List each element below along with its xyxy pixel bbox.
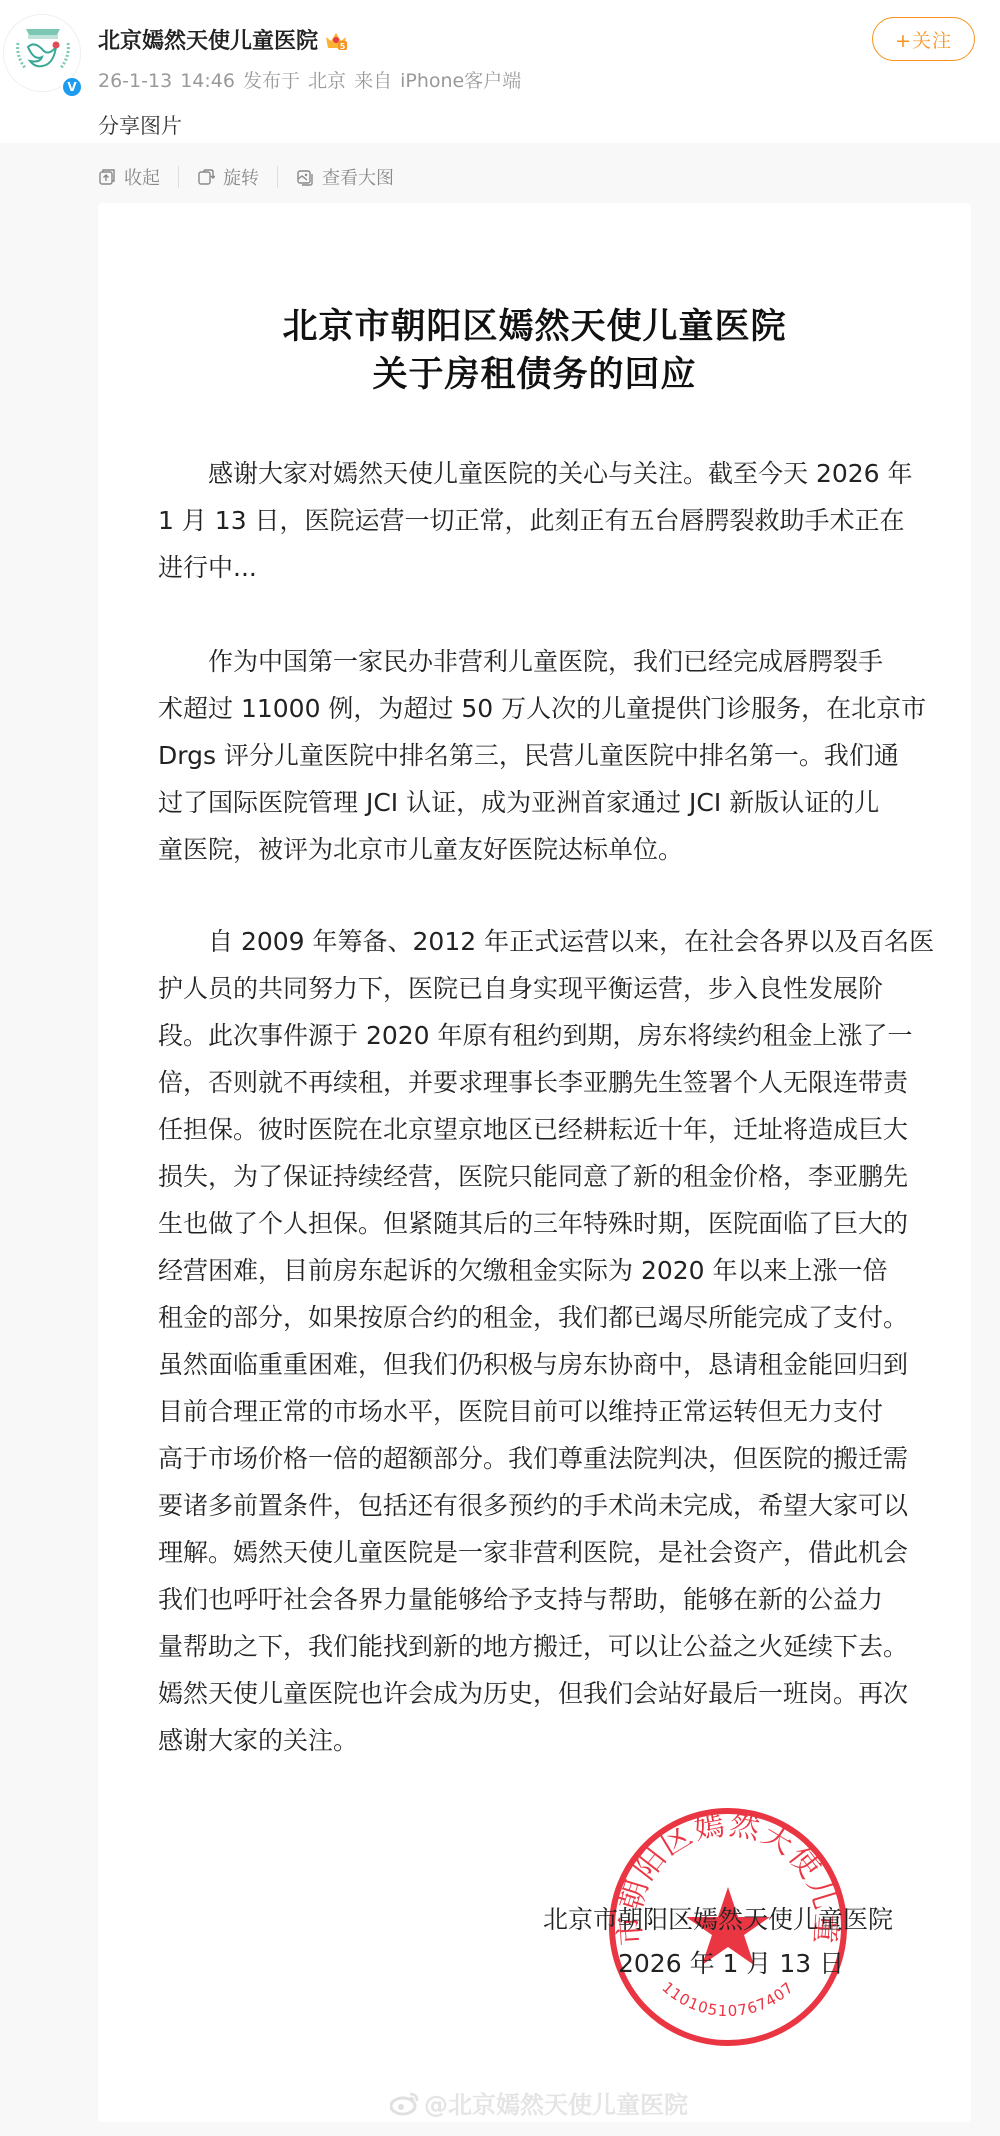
weibo-watermark: @北京嫣然天使儿童医院 (390, 2085, 688, 2120)
svg-text:5: 5 (340, 42, 346, 51)
title-line: 关于房租债务的回应 (98, 351, 971, 399)
rotate-label: 旋转 (223, 164, 259, 190)
text-line: 损失，为了保证持续经营，医院只能同意了新的租金价格，李亚鹏先 (158, 1153, 918, 1200)
text-line: 感谢大家的关注。 (158, 1717, 918, 1764)
text-line: 量帮助之下，我们能找到新的地方搬迁，可以让公益之火延续下去。 (158, 1623, 918, 1670)
text-line: 虽然面临重重困难，但我们仍积极与房东协商中，恳请租金能回归到 (158, 1341, 918, 1388)
text-line: 1 月 13 日，医院运营一切正常，此刻正有五台唇腭裂救助手术正在 (158, 497, 918, 544)
text-line: 术超过 11000 例，为超过 50 万人次的儿童提供门诊服务，在北京市 (158, 685, 918, 732)
shared-image[interactable]: 北京市朝阳区嫣然天使儿童医院 关于房租债务的回应 感谢大家对嫣然天使儿童医院的关… (98, 203, 971, 2122)
text-line: 生也做了个人担保。但紧随其后的三年特殊时期，医院面临了巨大的 (158, 1200, 918, 1247)
view-large-button[interactable]: 查看大图 (296, 164, 394, 190)
paragraph-2: 作为中国第一家民办非营利儿童医院，我们已经完成唇腭裂手 术超过 11000 例，… (158, 638, 918, 873)
text-line: 童医院，被评为北京市儿童友好医院达标单位。 (158, 826, 918, 873)
text-line: 要诸多前置条件，包括还有很多预约的手术尚未完成，希望大家可以 (158, 1482, 918, 1529)
text-line: 过了国际医院管理 JCI 认证，成为亚洲首家通过 JCI 新版认证的儿 (158, 779, 918, 826)
verified-badge-icon: V (61, 76, 83, 98)
text-line: Drgs 评分儿童医院中排名第三，民营儿童医院中排名第一。我们通 (158, 732, 918, 779)
watermark-text: @北京嫣然天使儿童医院 (424, 2085, 688, 2120)
text-line: 目前合理正常的市场水平，医院目前可以维持正常运转但无力支付 (158, 1388, 918, 1435)
text-line: 护人员的共同努力下，医院已自身实现平衡运营，步入良性发展阶 (158, 965, 918, 1012)
paragraph-3: 自 2009 年筹备、2012 年正式运营以来，在社会各界以及百名医 护人员的共… (158, 918, 918, 1764)
view-large-label: 查看大图 (322, 164, 394, 190)
text-line: 嫣然天使儿童医院也许会成为历史，但我们会站好最后一班岗。再次 (158, 1670, 918, 1717)
text-line: 自 2009 年筹备、2012 年正式运营以来，在社会各界以及百名医 (158, 918, 918, 965)
text-line: 段。此次事件源于 2020 年原有租约到期，房东将续约租金上涨了一 (158, 1012, 918, 1059)
image-toolbar: 收起 旋转 查看大图 (98, 162, 394, 192)
title-line: 北京市朝阳区嫣然天使儿童医院 (98, 303, 971, 351)
document-title: 北京市朝阳区嫣然天使儿童医院 关于房租债务的回应 (98, 303, 971, 399)
follow-button[interactable]: +关注 (872, 17, 975, 61)
rotate-button[interactable]: 旋转 (197, 164, 259, 190)
toolbar-divider (178, 166, 179, 188)
text-line: 租金的部分，如果按原合约的租金，我们都已竭尽所能完成了支付。 (158, 1294, 918, 1341)
text-line: 进行中... (158, 544, 918, 591)
username-text: 北京嫣然天使儿童医院 (98, 24, 318, 55)
svg-text:110105107674​07: 110105107674​07 (658, 1978, 797, 2020)
username[interactable]: 北京嫣然天使儿童医院 5 (98, 24, 348, 55)
signature-org: 北京市朝阳区嫣然天使儿童医院 (543, 1900, 893, 1936)
rotate-icon (197, 168, 215, 186)
post-text: 分享图片 (98, 110, 182, 140)
text-line: 倍，否则就不再续租，并要求理事长李亚鹏先生签署个人无限连带责 (158, 1059, 918, 1106)
post-meta: 26-1-13 14:46 发布于 北京 来自 iPhone客户端 (98, 66, 521, 93)
text-line: 理解。嫣然天使儿童医院是一家非营利医院，是社会资产，借此机会 (158, 1529, 918, 1576)
signature-date: 2026 年 1 月 13 日 (618, 1944, 844, 1980)
paragraph-1: 感谢大家对嫣然天使儿童医院的关心与关注。截至今天 2026 年 1 月 13 日… (158, 450, 918, 591)
view-large-icon (296, 168, 314, 186)
text-line: 作为中国第一家民办非营利儿童医院，我们已经完成唇腭裂手 (158, 638, 918, 685)
weibo-logo-icon (390, 2090, 420, 2116)
collapse-icon (98, 168, 116, 186)
collapse-button[interactable]: 收起 (98, 164, 160, 190)
text-line: 任担保。彼时医院在北京望京地区已经耕耘近十年，迁址将造成巨大 (158, 1106, 918, 1153)
toolbar-divider (277, 166, 278, 188)
collapse-label: 收起 (124, 164, 160, 190)
crown-member-icon: 5 (324, 29, 348, 51)
text-line: 感谢大家对嫣然天使儿童医院的关心与关注。截至今天 2026 年 (158, 450, 918, 497)
text-line: 我们也呼吁社会各界力量能够给予支持与帮助，能够在新的公益力 (158, 1576, 918, 1623)
text-line: 高于市场价格一倍的超额部分。我们尊重法院判决，但医院的搬迁需 (158, 1435, 918, 1482)
text-line: 经营困难，目前房东起诉的欠缴租金实际为 2020 年以来上涨一倍 (158, 1247, 918, 1294)
